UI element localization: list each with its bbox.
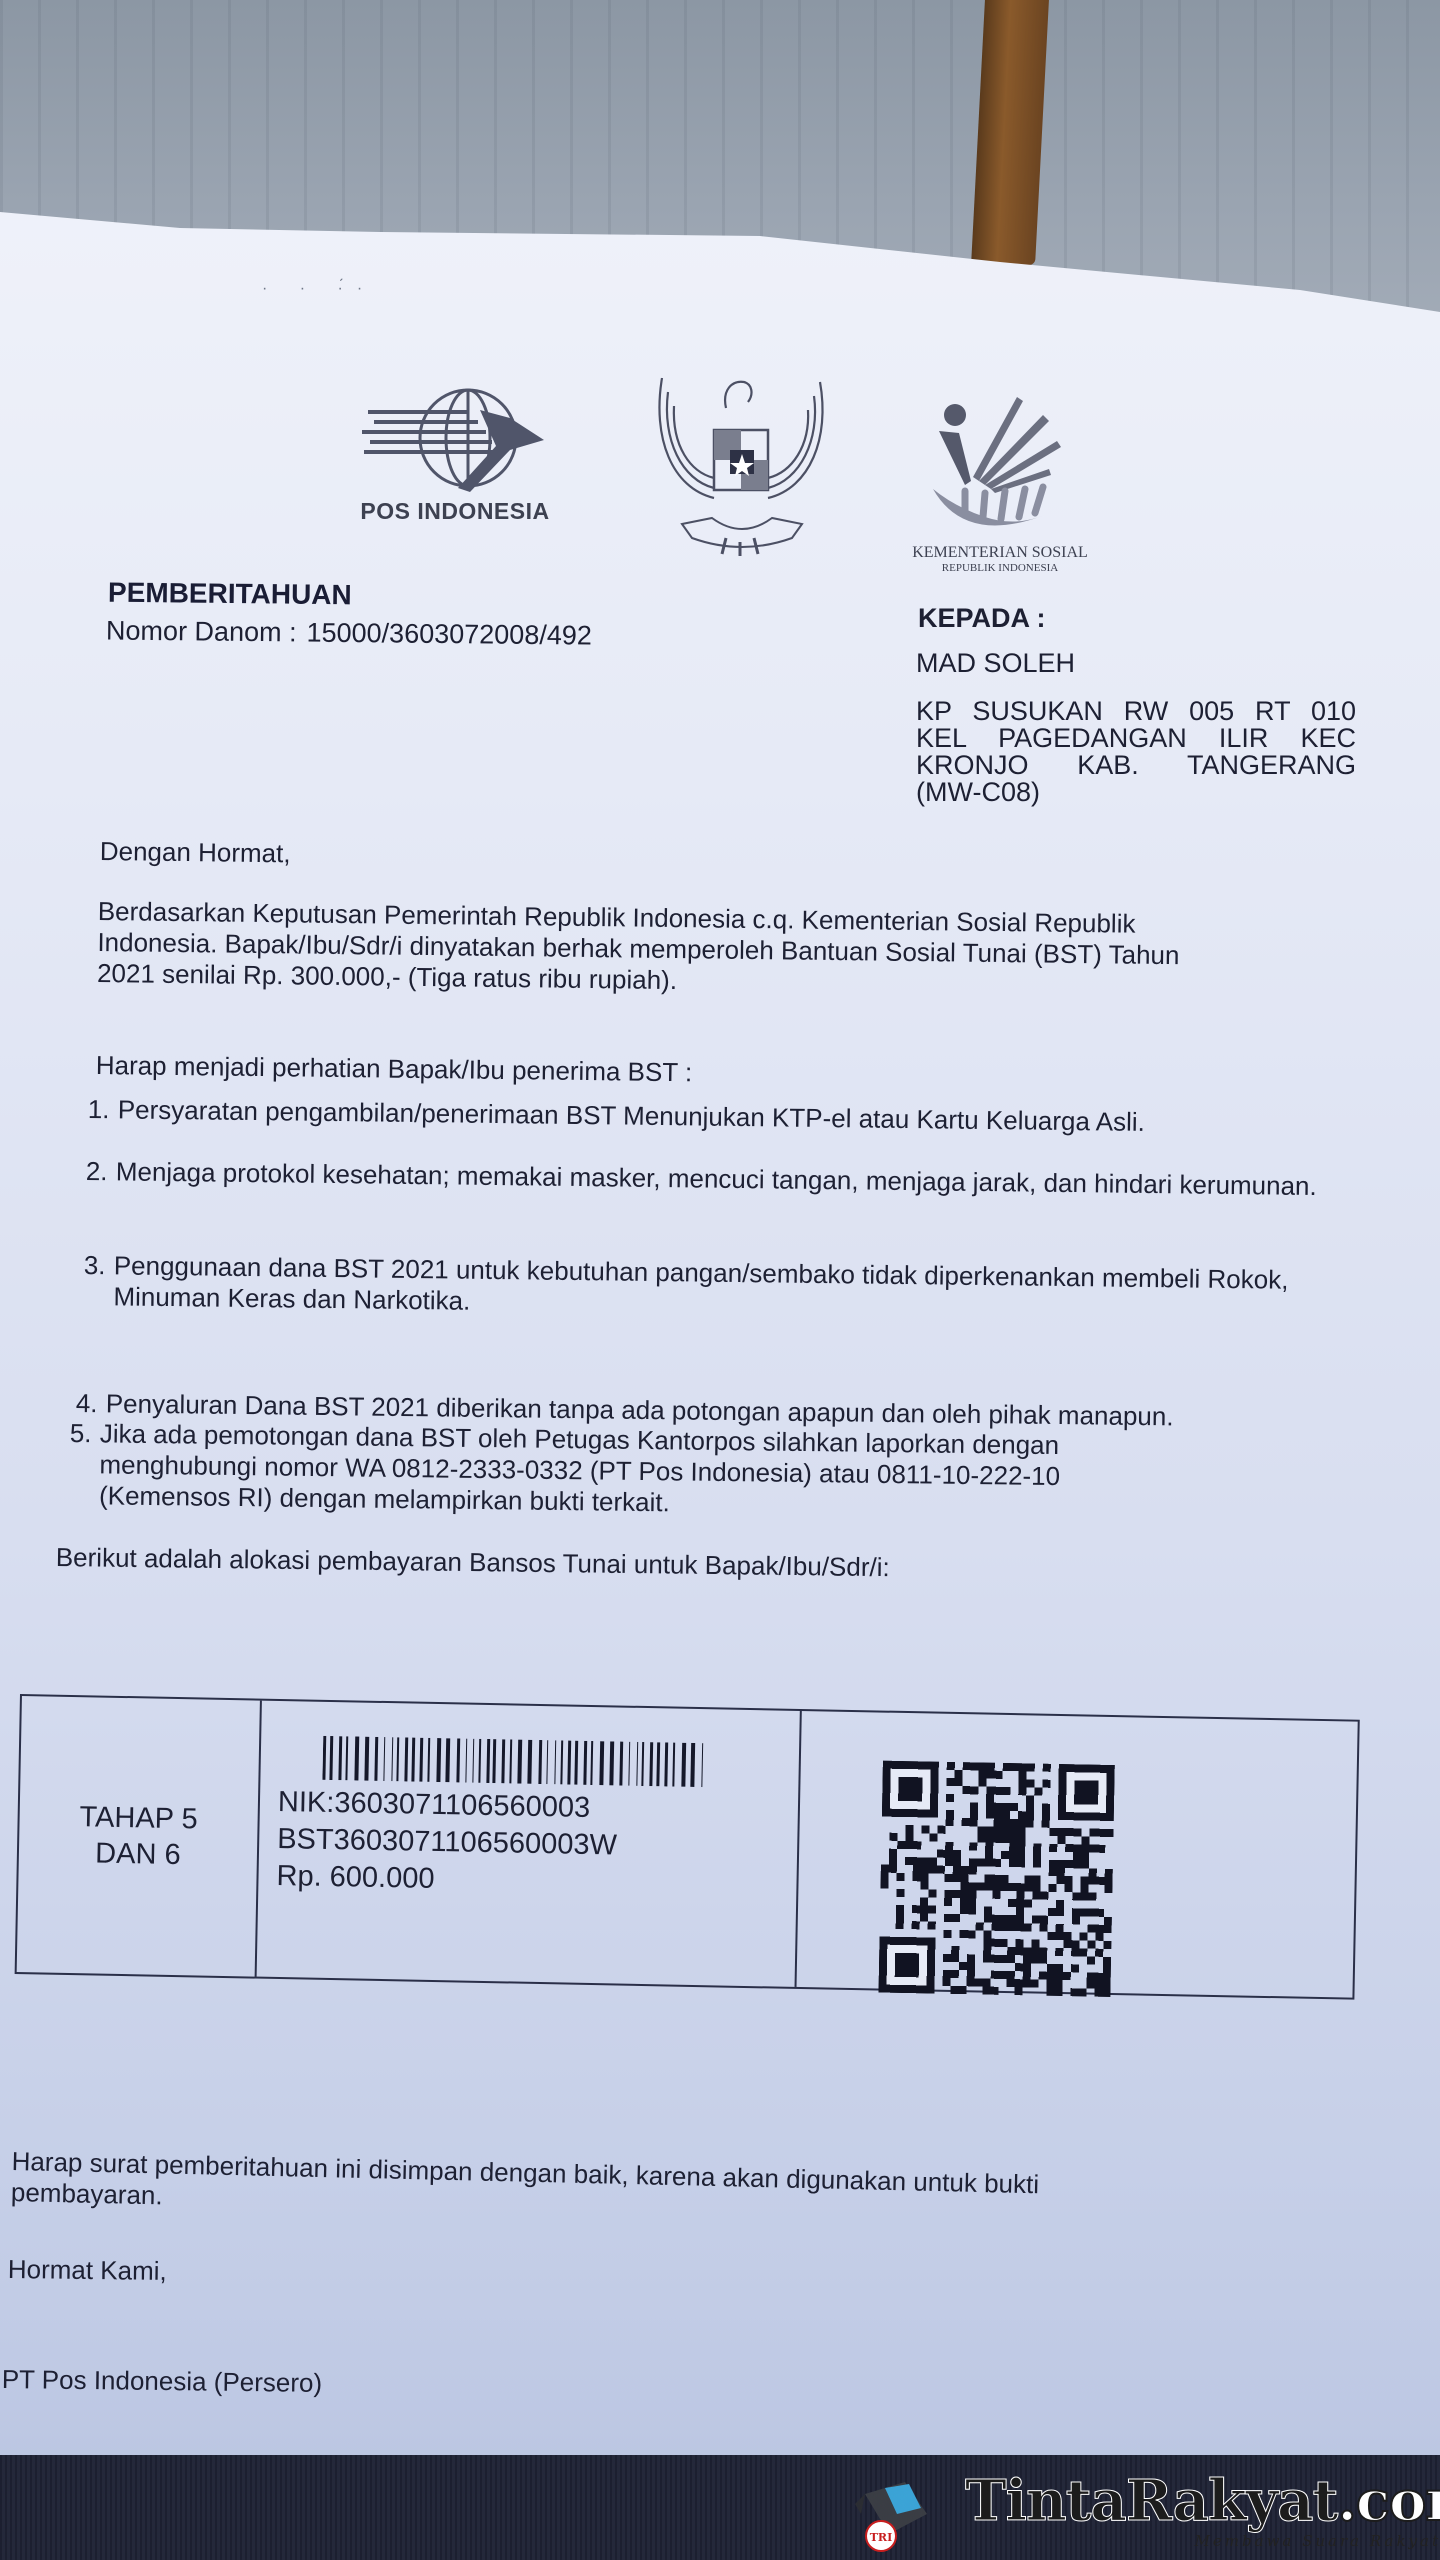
pos-indonesia-label: POS INDONESIA <box>350 498 560 525</box>
list-item: 5.Jika ada pemotongan dana BST oleh Petu… <box>69 1418 1190 1525</box>
list-item-number: 5. <box>69 1418 100 1511</box>
stage-line: TAHAP 5 <box>79 1799 198 1837</box>
garuda-icon <box>652 368 830 558</box>
stage-cell: TAHAP 5 DAN 6 <box>17 1696 262 1977</box>
ink-bottle-icon: TRI <box>845 2474 935 2554</box>
list-item-number: 4. <box>76 1388 106 1419</box>
watermark-brand-domain: .com <box>1337 2468 1440 2534</box>
kemensos-icon <box>925 385 1075 535</box>
allocation-table: TAHAP 5 DAN 6 NIK:3603071106560003 BST36… <box>15 1694 1360 2000</box>
address-line: KP SUSUKAN RW 005 RT 010 <box>916 698 1356 725</box>
recipient-label: KEPADA : <box>918 603 1046 634</box>
list-item-number: 3. <box>83 1250 114 1312</box>
sender-name: PT Pos Indonesia (Persero) <box>2 2364 323 2399</box>
recipient-name: MAD SOLEH <box>916 648 1075 679</box>
watermark-tagline: Membawa Suara Rakyat <box>1195 2532 1440 2550</box>
qr-code-icon <box>878 1761 1114 1997</box>
recipient-address: KP SUSUKAN RW 005 RT 010 KEL PAGEDANGAN … <box>916 698 1356 806</box>
regards: Hormat Kami, <box>8 2254 167 2287</box>
greeting: Dengan Hormat, <box>100 836 291 869</box>
list-item-number: 2. <box>86 1156 116 1187</box>
address-line: KEL PAGEDANGAN ILIR KEC <box>916 725 1356 752</box>
watermark: TRI TintaRakyat.com Membawa Suara Rakyat <box>845 2470 1440 2560</box>
pos-indonesia-logo: POS INDONESIA <box>350 380 560 530</box>
garuda-pancasila-emblem <box>652 368 830 558</box>
danom-value: 15000/3603072008/492 <box>306 618 592 651</box>
barcode-icon <box>322 1736 703 1787</box>
watermark-brand: TintaRakyat.com <box>965 2468 1440 2534</box>
danom-number: Nomor Danom :15000/3603072008/492 <box>106 615 592 651</box>
list-item-text: Jika ada pemotongan dana BST oleh Petuga… <box>99 1418 1190 1524</box>
watermark-badge: TRI <box>870 2531 892 2544</box>
recipient-info-cell: NIK:3603071106560003 BST3603071106560003… <box>257 1701 802 1987</box>
pos-bird-globe-icon <box>360 380 550 498</box>
danom-label: Nomor Danom : <box>106 615 297 647</box>
watermark-brand-name: TintaRakyat <box>965 2468 1337 2534</box>
eligibility-paragraph: Berdasarkan Keputusan Pemerintah Republi… <box>97 896 1348 1004</box>
list-item-number: 1. <box>88 1094 118 1125</box>
address-line: KRONJO KAB. TANGERANG <box>916 752 1356 779</box>
kementerian-sosial-logo: KEMENTERIAN SOSIAL REPUBLIK INDONESIA <box>905 385 1095 575</box>
qr-cell <box>797 1711 1358 1998</box>
kemensos-label: KEMENTERIAN SOSIAL <box>905 544 1095 562</box>
document-title: PEMBERITAHUAN <box>108 577 352 612</box>
address-line: (MW-C08) <box>916 779 1356 806</box>
kemensos-sublabel: REPUBLIK INDONESIA <box>905 562 1095 574</box>
stage-line: DAN 6 <box>79 1835 198 1873</box>
paper-smudge: · · ·́· <box>262 280 376 298</box>
